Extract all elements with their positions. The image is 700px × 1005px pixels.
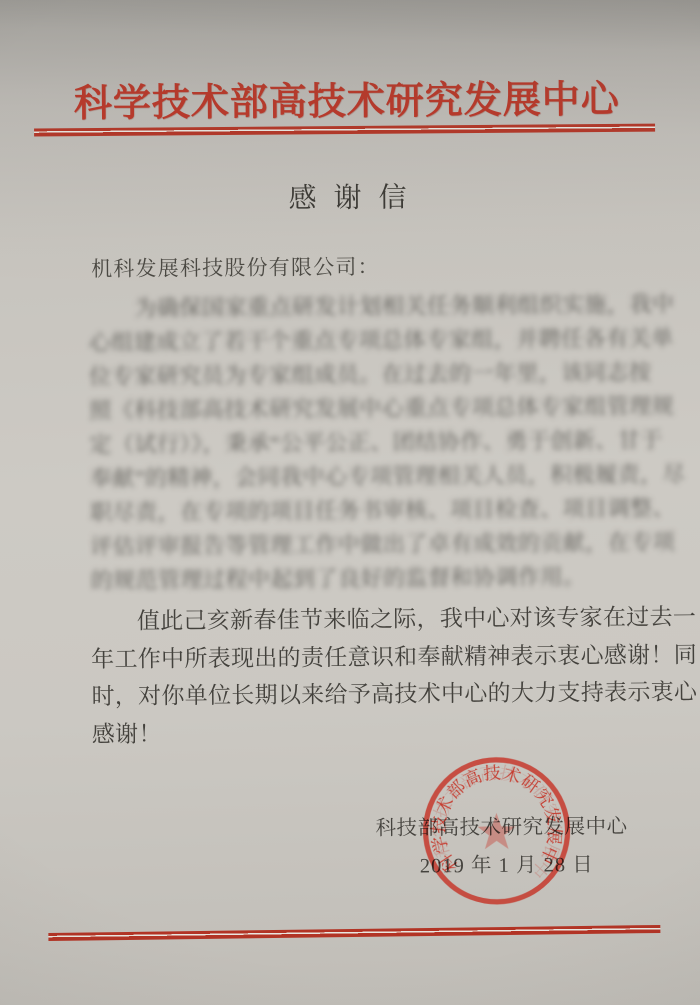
- closing-line: 时，对你单位长期以来给予高技术中心的大力支持表示衷心: [91, 674, 647, 716]
- redacted-line: 为确保国家重点研发计划相关任务顺利组织实施，我中: [88, 288, 644, 326]
- footer-rule: [48, 925, 660, 941]
- official-seal: 科学技术部高技术研究发展中心 科学技术部高技术研究发展中心: [416, 750, 577, 911]
- redacted-line: 奉献”的精神，会同我中心专项管理相关人员，积极履责，尽: [90, 458, 646, 496]
- redacted-line: 评估评审报告等管理工作中做出了卓有成效的贡献，在专项: [90, 526, 646, 564]
- closing-line: 年工作中所表现出的责任意识和奉献精神表示衷心感谢！同: [91, 636, 647, 678]
- redacted-line: 的规范管理过程中起到了良好的监督和协调作用。: [90, 560, 646, 598]
- redacted-line: 心组建成立了若干个重点专项总体专家组，并聘任各有关单: [89, 322, 645, 360]
- closing-paragraph: 值此己亥新春佳节来临之际，我中心对该专家在过去一 年工作中所表现出的责任意识和奉…: [91, 599, 648, 753]
- letterhead-org-name: 科学技术部高技术研究发展中心: [0, 67, 697, 127]
- redacted-line: 位专家研究员为专家组成员。在过去的一年里，该同志按: [89, 356, 645, 394]
- redacted-paragraph: 为确保国家重点研发计划相关任务顺利组织实施，我中 心组建成立了若干个重点专项总体…: [88, 288, 646, 598]
- redacted-line: 定（试行）》，秉承“公平公正、团结协作、勇于创新、甘于: [89, 424, 645, 462]
- letter-page: 科学技术部高技术研究发展中心 感谢信 机科发展科技股份有限公司： 为确保国家重点…: [0, 0, 700, 1005]
- redacted-line: 照《科技部高技术研究发展中心重点专项总体专家组管理规: [89, 390, 645, 428]
- closing-line: 值此己亥新春佳节来临之际，我中心对该专家在过去一: [91, 599, 647, 641]
- letter-title: 感谢信: [0, 173, 698, 218]
- redacted-line: 职尽责，在专项的项目任务书审核、项目检查、项目调整、: [90, 492, 646, 530]
- recipient-line: 机科发展科技股份有限公司：: [91, 251, 380, 283]
- star-icon: [477, 813, 515, 849]
- closing-line: 感谢！: [92, 711, 648, 753]
- letter-photo: 科学技术部高技术研究发展中心 感谢信 机科发展科技股份有限公司： 为确保国家重点…: [0, 0, 700, 1005]
